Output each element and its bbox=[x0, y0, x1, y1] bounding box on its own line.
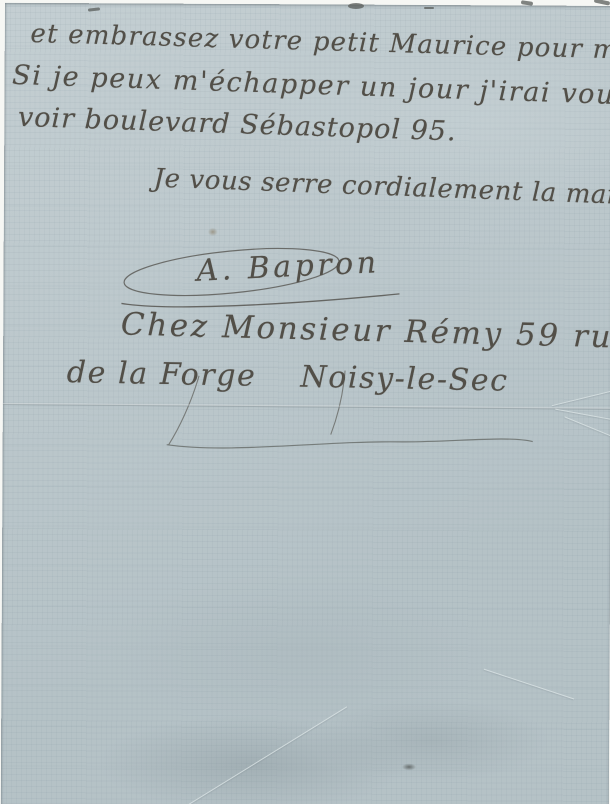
edge-smudge bbox=[594, 0, 610, 6]
letter-paper: et embrassez votre petit Maurice pour mo… bbox=[1, 3, 610, 804]
address-line-2-street: de la Forge bbox=[66, 355, 256, 394]
edge-smudge bbox=[348, 3, 364, 9]
scanned-letter-page: et embrassez votre petit Maurice pour mo… bbox=[0, 0, 610, 804]
address-gap bbox=[256, 386, 300, 387]
edge-smudge bbox=[424, 7, 434, 9]
address-line-2-town: Noisy-le-Sec bbox=[300, 360, 509, 399]
